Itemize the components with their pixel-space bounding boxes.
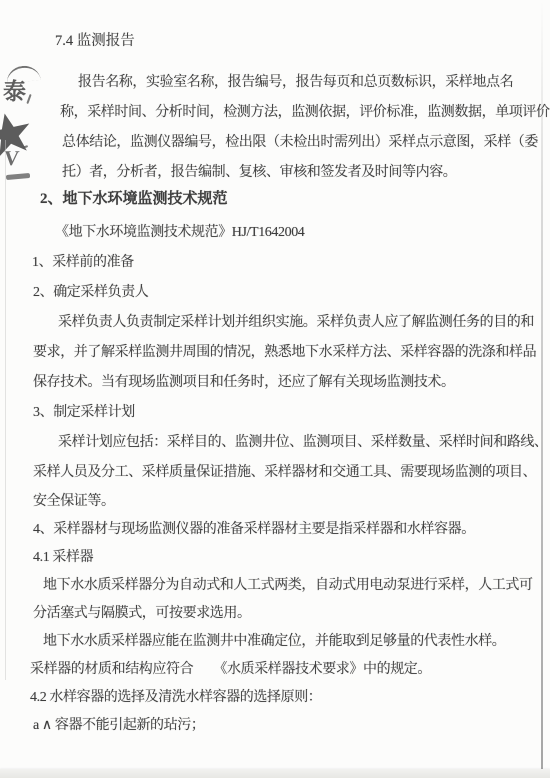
sub-heading: 4.2 水样容器的选择及清洗水样容器的选择原则： [0,684,550,712]
doc-line: 地下水水质采样器应能在监测井中准确定位，并能取到足够量的代表性水样。 [0,628,550,656]
document-body: 7.4 监测报告 报告名称，实验室名称，报告编号，报告每页和总页数标识，采样地点… [0,26,550,740]
doc-line: 要求，并了解采样监测井周围的情况，熟悉地下水采样方法、采样容器的洗涤和样品 [0,338,550,368]
scan-edge-right [541,0,543,770]
sub-heading: 4.1 采样器 [0,544,550,572]
chapter-heading: 2、地下水环境监测技术规范 [0,184,550,214]
document-page: 7.4 监测报告 报告名称，实验室名称，报告编号，报告每页和总页数标识，采样地点… [0,0,550,778]
doc-line: 总体结论，监测仪器编号，检出限（未检出时需列出）采样点示意图，采样（委 [0,128,550,158]
seal-dash [6,173,30,180]
doc-line: 保存技术。当有现场监测项目和任务时，还应了解有关现场监测技术。 [0,368,550,398]
seal-character: 泰 [3,80,26,103]
doc-line: 报告名称，实验室名称，报告编号，报告每页和总页数标识，采样地点名 [0,68,550,98]
doc-line: 分活塞式与隔膜式，可按要求选用。 [0,600,550,628]
doc-line: 地下水水质采样器分为自动式和人工式两类，自动式用电动泵进行采样，人工式可 [0,572,550,600]
list-item: a ∧ 容器不能引起新的玷污； [0,712,550,740]
doc-line: 采样器的材质和结构应符合 《水质采样器技术要求》中的规定。 [0,656,550,684]
scan-edge-bottom [0,769,550,778]
list-item: 1、采样前的准备 [0,248,550,278]
doc-line: 采样计划应包括：采样目的、监测井位、监测项目、采样数量、采样时间和路线、 [0,428,550,458]
seal-mark [26,94,31,104]
doc-line: 安全保证等。 [0,488,550,516]
scan-edge-left [5,140,6,680]
list-item: 2、确定采样负责人 [0,278,550,308]
doc-line: 《地下水环境监测技术规范》HJ/T1642004 [0,218,550,248]
seal-fragment: 泰 V [0,60,48,190]
list-item: 3、制定采样计划 [0,398,550,428]
doc-line: 采样人员及分工、采样质量保证措施、采样器材和交通工具、需要现场监测的项目、 [0,458,550,488]
list-item: 4、采样器材与现场监测仪器的准备采样器材主要是指采样器和水样容器。 [0,516,550,544]
doc-line: 采样负责人负责制定采样计划并组织实施。采样负责人应了解监测任务的目的和 [0,308,550,338]
section-heading: 7.4 监测报告 [0,26,550,56]
doc-line: 称，采样时间、分析时间，检测方法，监测依据，评价标准，监测数据，单项评价， [0,98,550,128]
